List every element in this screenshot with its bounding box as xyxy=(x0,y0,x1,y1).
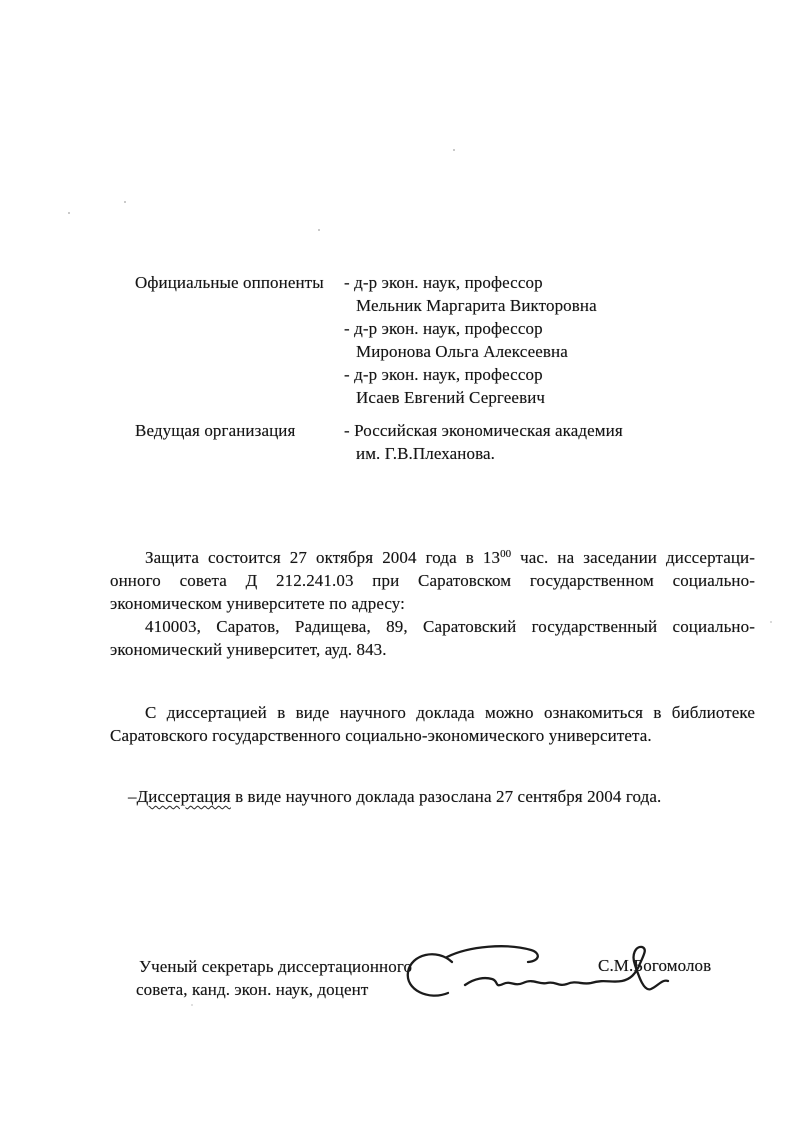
mailed-paragraph: –Диссертация в виде научного доклада раз… xyxy=(110,785,755,808)
mailed-text: в виде научного доклада разослана 27 сен… xyxy=(231,787,662,806)
text-line: –Диссертация в виде научного доклада раз… xyxy=(110,785,755,808)
text-line: - д-р экон. наук, профессор xyxy=(344,271,674,294)
opponent-name: Миронова Ольга Алексеевна xyxy=(344,340,674,363)
underlined-word: Диссертация xyxy=(137,787,231,806)
text-line: - д-р экон. наук, профессор xyxy=(344,363,674,386)
scan-speck xyxy=(68,212,70,214)
text-line: - д-р экон. наук, профессор xyxy=(344,317,674,340)
handwritten-signature xyxy=(395,938,685,1010)
text-line: С диссертацией в виде научного доклада м… xyxy=(110,701,755,724)
scan-artifact-dash: – xyxy=(128,787,137,806)
scan-speck xyxy=(124,201,126,203)
defense-line1-tail: час. на заседании диссертаци- xyxy=(511,548,755,567)
scan-speck xyxy=(453,149,455,151)
opponent-name: Мельник Маргарита Викторовна xyxy=(344,294,674,317)
library-paragraph: С диссертацией в виде научного доклада м… xyxy=(110,701,755,747)
text-line: экономический университет, ауд. 843. xyxy=(110,638,755,661)
text-line: - Российская экономическая академия xyxy=(344,419,684,442)
defense-line1-text: Защита состоится 27 октября 2004 года в … xyxy=(145,548,500,567)
leading-org-label: Ведущая организация xyxy=(135,419,295,442)
text-line: им. Г.В.Плеханова. xyxy=(344,442,684,465)
scan-speck xyxy=(770,621,772,623)
superscript-hours: 00 xyxy=(500,548,511,560)
text-line: 410003, Саратов, Радищева, 89, Саратовск… xyxy=(110,615,755,638)
leading-org-column: - Российская экономическая академия им. … xyxy=(344,419,684,465)
text-line: онного совета Д 212.241.03 при Саратовск… xyxy=(110,569,755,592)
opponents-label: Официальные оппоненты xyxy=(135,271,324,294)
scan-speck xyxy=(318,229,320,231)
scanned-page: Официальные оппоненты - д-р экон. наук, … xyxy=(0,0,798,1132)
opponents-column: - д-р экон. наук, профессор Мельник Марг… xyxy=(344,271,674,409)
text-line: экономическом университете по адресу: xyxy=(110,592,755,615)
text-line: Защита состоится 27 октября 2004 года в … xyxy=(110,546,755,569)
defense-paragraph: Защита состоится 27 октября 2004 года в … xyxy=(110,546,755,661)
text-line: Саратовского государственного социально-… xyxy=(110,724,755,747)
opponent-name: Исаев Евгений Сергеевич xyxy=(344,386,674,409)
scan-speck xyxy=(191,1004,193,1006)
